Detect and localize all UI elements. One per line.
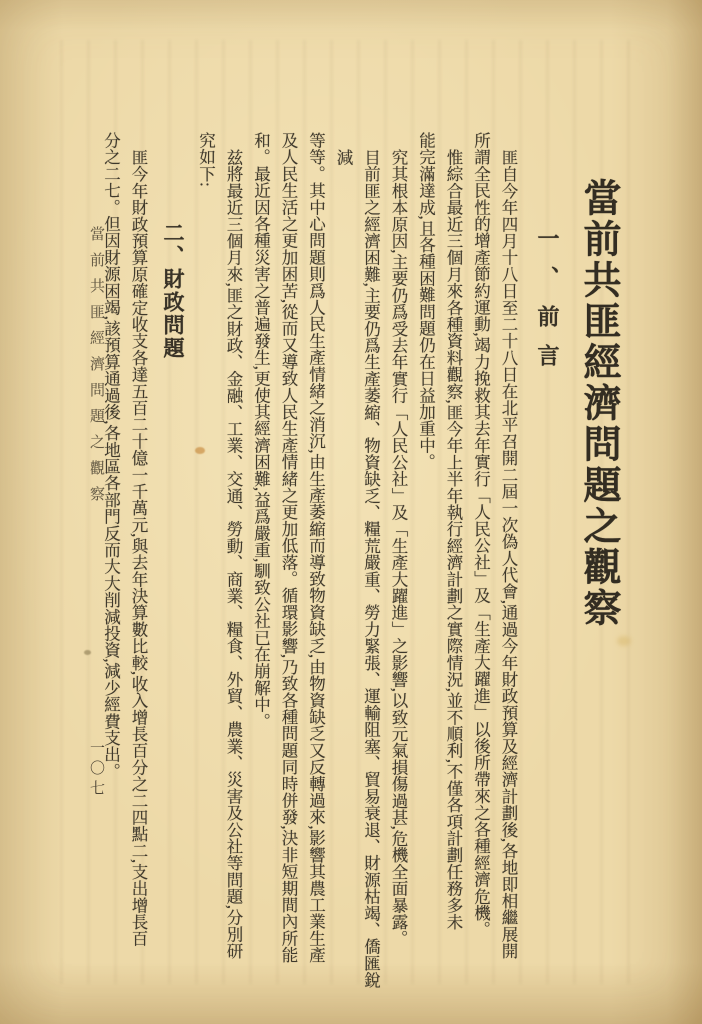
paper-stain	[195, 447, 205, 454]
text-column: 兹將最近三個月來,匪之財政、金融、工業、交通、勞動、商業、糧食、外貿、農業、災害…	[220, 132, 248, 1000]
text-column: 所謂全民性的增產節約運動,竭力挽救其去年實行「人民公社」及「生產大躍進」以後所帶…	[467, 132, 495, 1000]
document-title: 當前共匪經濟問題之觀察	[576, 132, 620, 1000]
text-column: 及人民生活之更加困苦,從而又導致人民生產情緒之更加低落。循環影響,乃致各種問題同…	[275, 132, 303, 1000]
scanned-document-page: 當前共匪經濟問題之觀察 一、前言 匪自今年四月十八日至二十八日在北平召開二屆一次…	[0, 0, 702, 1024]
page-body: 當前共匪經濟問題之觀察 一、前言 匪自今年四月十八日至二十八日在北平召開二屆一次…	[97, 132, 620, 1000]
section-heading-finance: 二、財政問題	[156, 132, 190, 1000]
paper-stain	[617, 636, 631, 646]
text-column: 究其根本原因,主要仍爲受去年實行「人民公社」及「生產大躍進」之影響,以致元氣損傷…	[385, 132, 413, 1000]
text-column: 匪自今年四月十八日至二十八日在北平召開二屆一次偽人代會,通過今年財政預算及經濟計…	[495, 132, 523, 1000]
text-column: 等等。其中心問題則爲人民生產情緒之消沉,由生產萎縮而導致物資缺乏,由物資缺乏又反…	[302, 132, 330, 1000]
text-column: 目前匪之經濟困難,主要仍爲生產萎縮、物資缺乏、糧荒嚴重、勞力緊張、運輸阻塞、貿易…	[330, 132, 385, 1000]
text-column: 究如下:	[192, 132, 220, 1000]
text-column: 匪今年財政預算原確定收支各達五百二十億一千萬元,與去年決算數比較,收入增長百分之…	[125, 132, 153, 1000]
text-column: 能完滿達成,且各種困難問題仍在日益加重中。	[412, 132, 440, 1000]
section-heading-foreword: 一、前言	[532, 132, 562, 1000]
page-number: 一〇七	[86, 740, 107, 800]
paper-stain	[84, 650, 91, 655]
text-column: 惟綜合最近三個月來各種資料觀察,匪今年上半年執行經濟計劃之實際情況,並不順利,不…	[440, 132, 468, 1000]
text-column: 和。最近因各種災害之普遍發生,更使其經濟困難,益爲嚴重,馴致公社已在崩解中。	[247, 132, 275, 1000]
margin-running-title: 當前共匪經濟問題之觀察	[86, 226, 107, 512]
